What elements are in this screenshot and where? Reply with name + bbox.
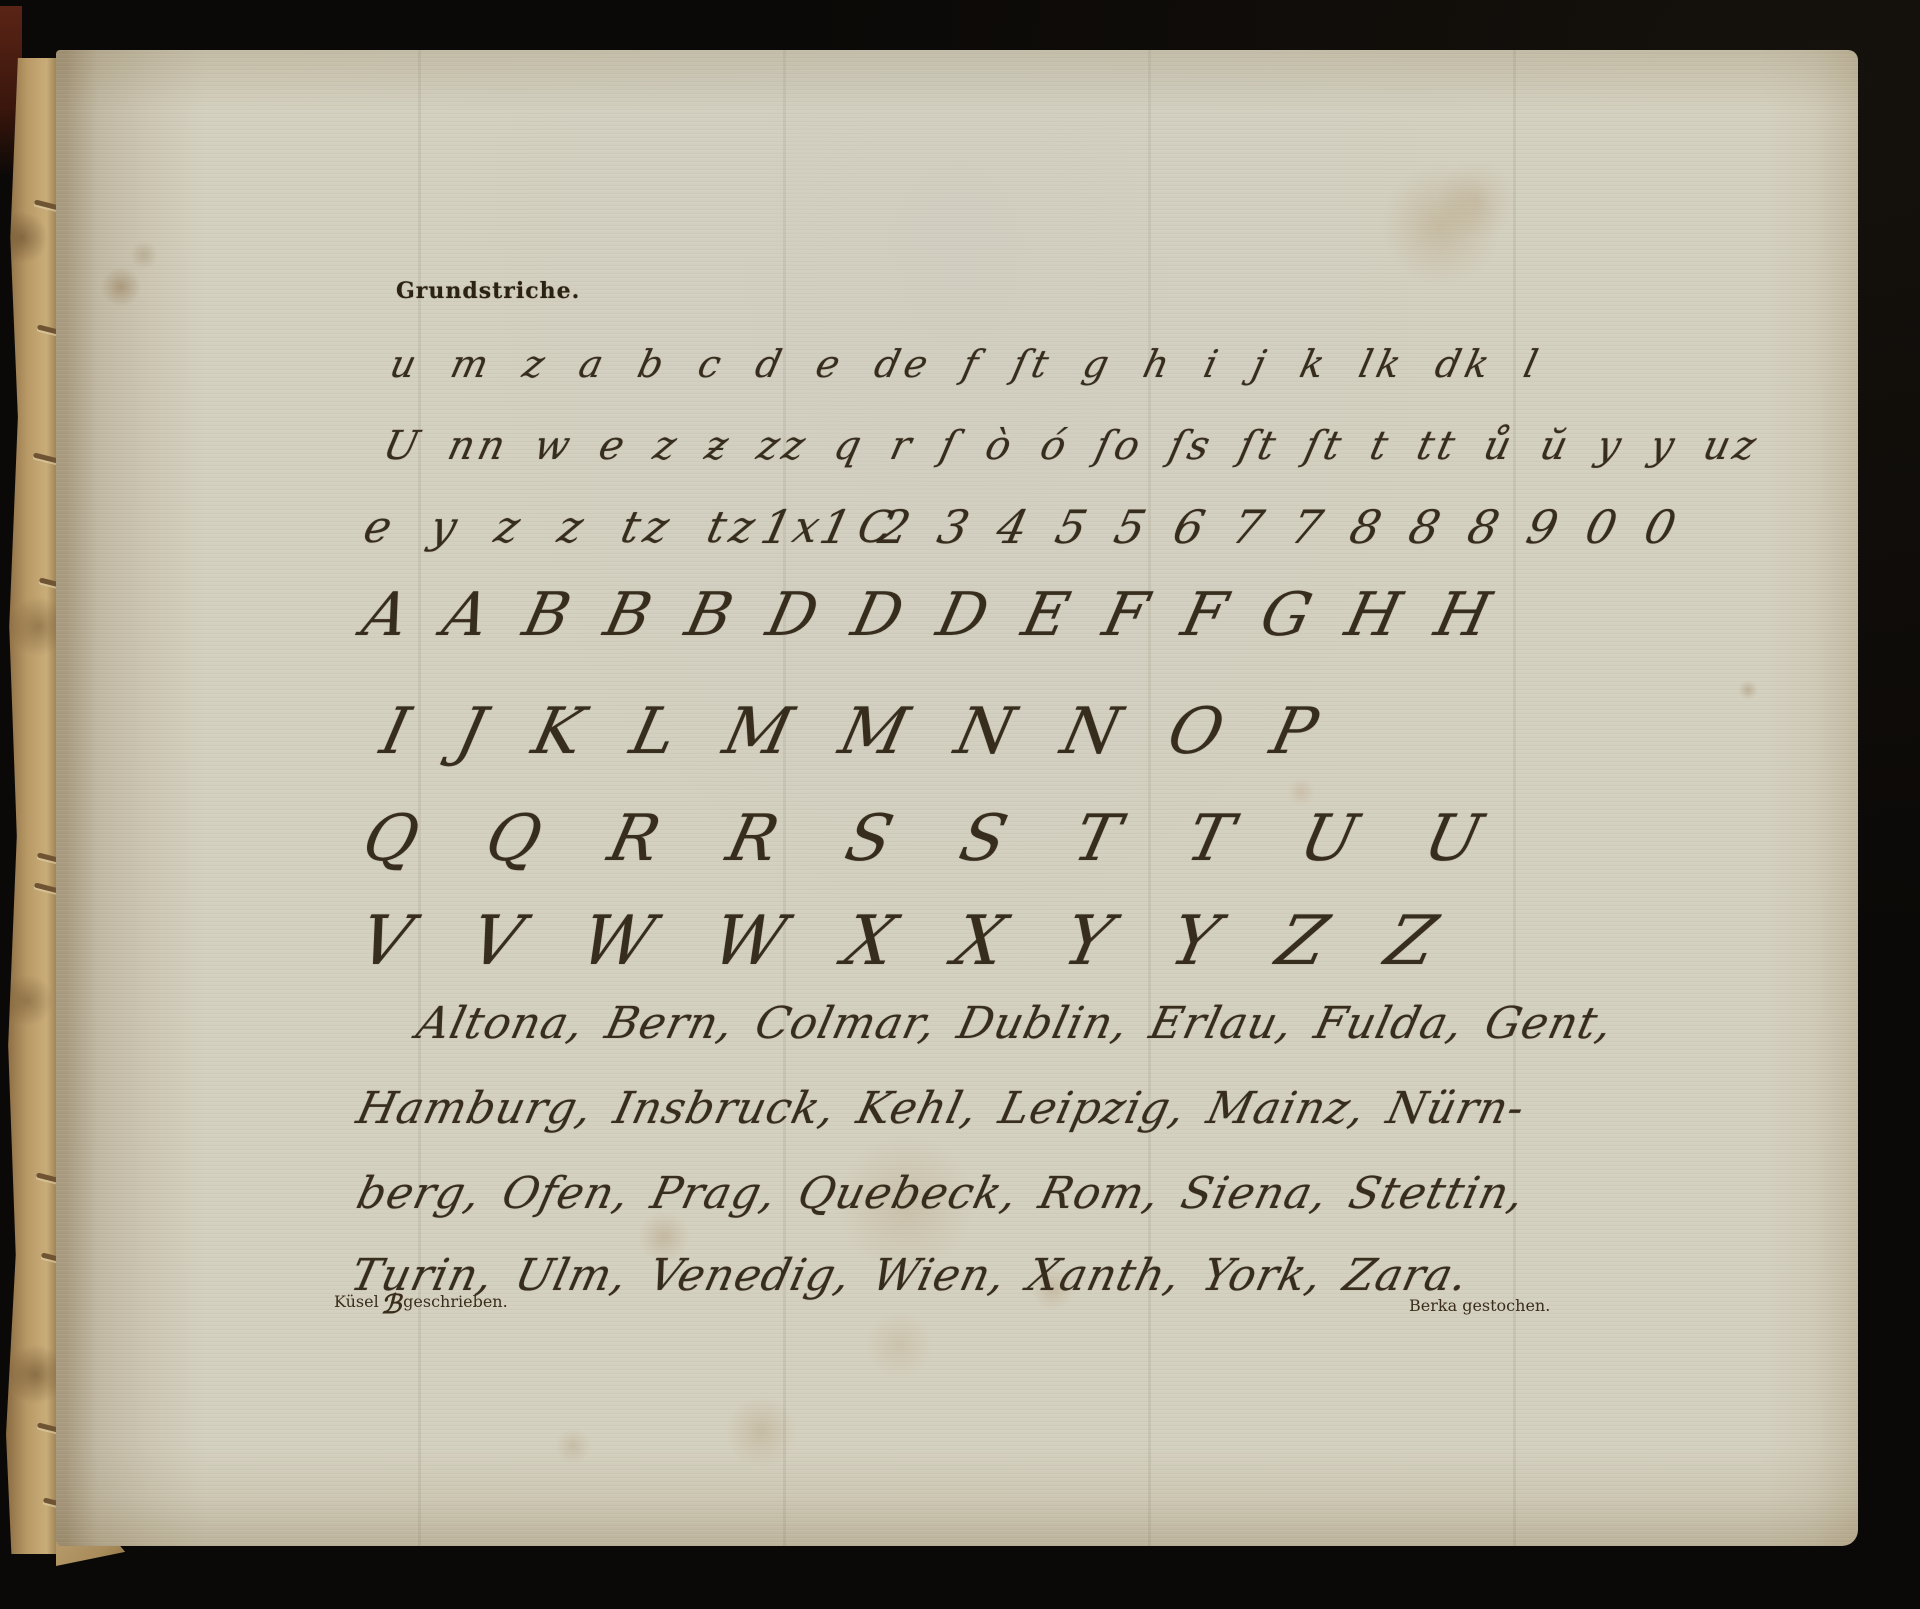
engraver-credit: Berka gestochen.: [1409, 1296, 1550, 1315]
city-names-line-4: Turin, Ulm, Venedig, Wien, Xanth, York, …: [346, 1250, 1473, 1301]
city-names-line-2: Hamburg, Insbruck, Kehl, Leipzig, Mainz,…: [352, 1083, 1530, 1134]
page-heading: Grundstriche.: [396, 278, 580, 304]
writer-monogram-icon: ℬ: [379, 1290, 403, 1320]
writer-credit: Küselℬgeschrieben.: [334, 1290, 508, 1320]
script-row-numerals: 1 1 2 3 4 5 5 6 7 7 8 8 8 9 0 0: [756, 500, 1684, 554]
book-scan: Grundstriche. u m z a b c d e de f ſt g …: [0, 0, 1920, 1609]
script-row-capitals-4: V V W W X X Y Y Z Z: [352, 902, 1444, 981]
writer-credit-text: geschrieben.: [403, 1292, 508, 1311]
script-row-capitals-2: I J K L M M N N O P: [374, 695, 1324, 769]
copybook-page: Grundstriche. u m z a b c d e de f ſt g …: [56, 50, 1858, 1546]
city-names-line-1: Altona, Bern, Colmar, Dublin, Erlau, Ful…: [412, 998, 1618, 1049]
writer-name: Küsel: [334, 1292, 379, 1311]
script-row-lowercase-1: u m z a b c d e de f ſt g h i j k lk dk …: [386, 342, 1547, 386]
binding-edge: [6, 58, 60, 1554]
script-row-capitals-3: Q Q R R S S T T U U: [356, 802, 1488, 876]
city-names-line-3: berg, Ofen, Prag, Quebeck, Rom, Siena, S…: [352, 1168, 1530, 1219]
script-row-capitals-1: A A B B B D D D E F F G H H: [356, 580, 1497, 650]
script-row-lowercase-2: U nn w e z ƶ zz q r ſ ò ó ſo ſs ſt ſt t …: [379, 423, 1764, 469]
